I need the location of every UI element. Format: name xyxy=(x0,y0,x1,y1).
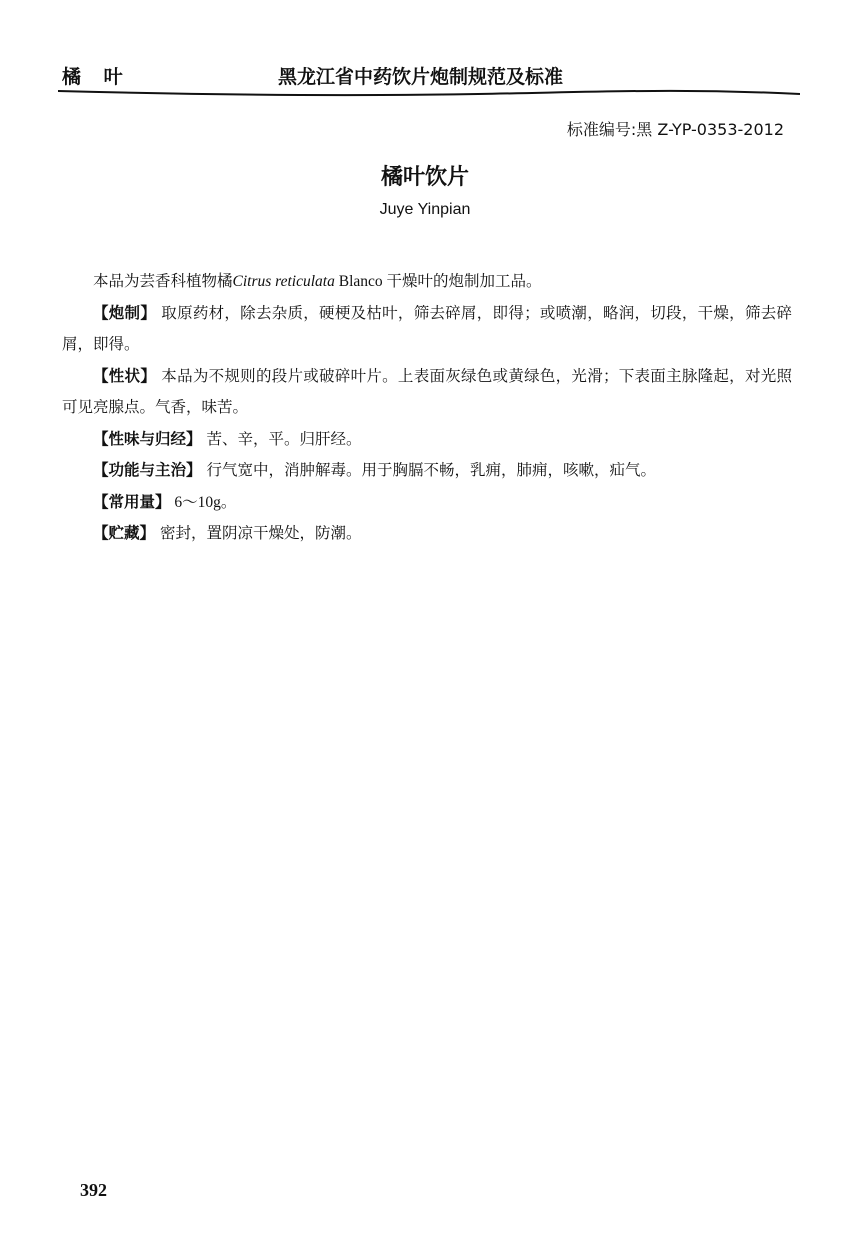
section-text: 苦、辛，平。归肝经。 xyxy=(202,430,362,448)
intro-text: 本品为芸香科植物橘 xyxy=(93,272,233,290)
intro-paragraph: 本品为芸香科植物橘Citrus reticulata Blanco 干燥叶的炮制… xyxy=(62,266,792,298)
running-header-book-title: 黑龙江省中药饮片炮制规范及标准 xyxy=(278,62,563,89)
section-text: 密封，置阴凉干燥处，防潮。 xyxy=(155,524,361,542)
section-label: 【性味与归经】 xyxy=(93,430,202,448)
section-label: 【常用量】 xyxy=(93,493,171,511)
section-nature-meridian: 【性味与归经】 苦、辛，平。归肝经。 xyxy=(62,424,792,456)
monograph-body: 本品为芸香科植物橘Citrus reticulata Blanco 干燥叶的炮制… xyxy=(62,266,792,550)
section-storage: 【贮藏】 密封，置阴凉干燥处，防潮。 xyxy=(62,518,792,550)
latin-name: Citrus reticulata xyxy=(233,273,335,290)
header-rule xyxy=(58,86,800,100)
page-number: 392 xyxy=(80,1180,107,1201)
document-title: 橘叶饮片 xyxy=(0,160,850,191)
document-title-pinyin: Juye Yinpian xyxy=(0,201,850,219)
section-label: 【贮藏】 xyxy=(93,524,155,542)
section-label: 【性状】 xyxy=(93,367,156,385)
running-header-section: 橘 叶 xyxy=(62,62,131,89)
section-characteristics: 【性状】 本品为不规则的段片或破碎叶片。上表面灰绿色或黄绿色，光滑；下表面主脉隆… xyxy=(62,361,792,424)
section-functions-indications: 【功能与主治】 行气宽中，消肿解毒。用于胸膈不畅，乳痈，肺痈，咳嗽，疝气。 xyxy=(62,455,792,487)
section-text: 本品为不规则的段片或破碎叶片。上表面灰绿色或黄绿色，光滑；下表面主脉隆起，对光照… xyxy=(62,367,792,417)
section-label: 【炮制】 xyxy=(93,304,156,322)
intro-text-end: 干燥叶的炮制加工品。 xyxy=(387,272,542,290)
section-text: 行气宽中，消肿解毒。用于胸膈不畅，乳痈，肺痈，咳嗽，疝气。 xyxy=(202,461,656,479)
section-text: 6～10g。 xyxy=(171,494,237,511)
section-text: 取原药材，除去杂质，硬梗及枯叶，筛去碎屑，即得；或喷潮，略润，切段，干燥，筛去碎… xyxy=(62,304,792,354)
section-dosage: 【常用量】 6～10g。 xyxy=(62,487,792,519)
standard-number: 标准编号:黑 Z-YP-0353-2012 xyxy=(567,117,784,140)
section-processing: 【炮制】 取原药材，除去杂质，硬梗及枯叶，筛去碎屑，即得；或喷潮，略润，切段，干… xyxy=(62,298,792,361)
author-name: Blanco xyxy=(335,273,387,290)
section-label: 【功能与主治】 xyxy=(93,461,202,479)
